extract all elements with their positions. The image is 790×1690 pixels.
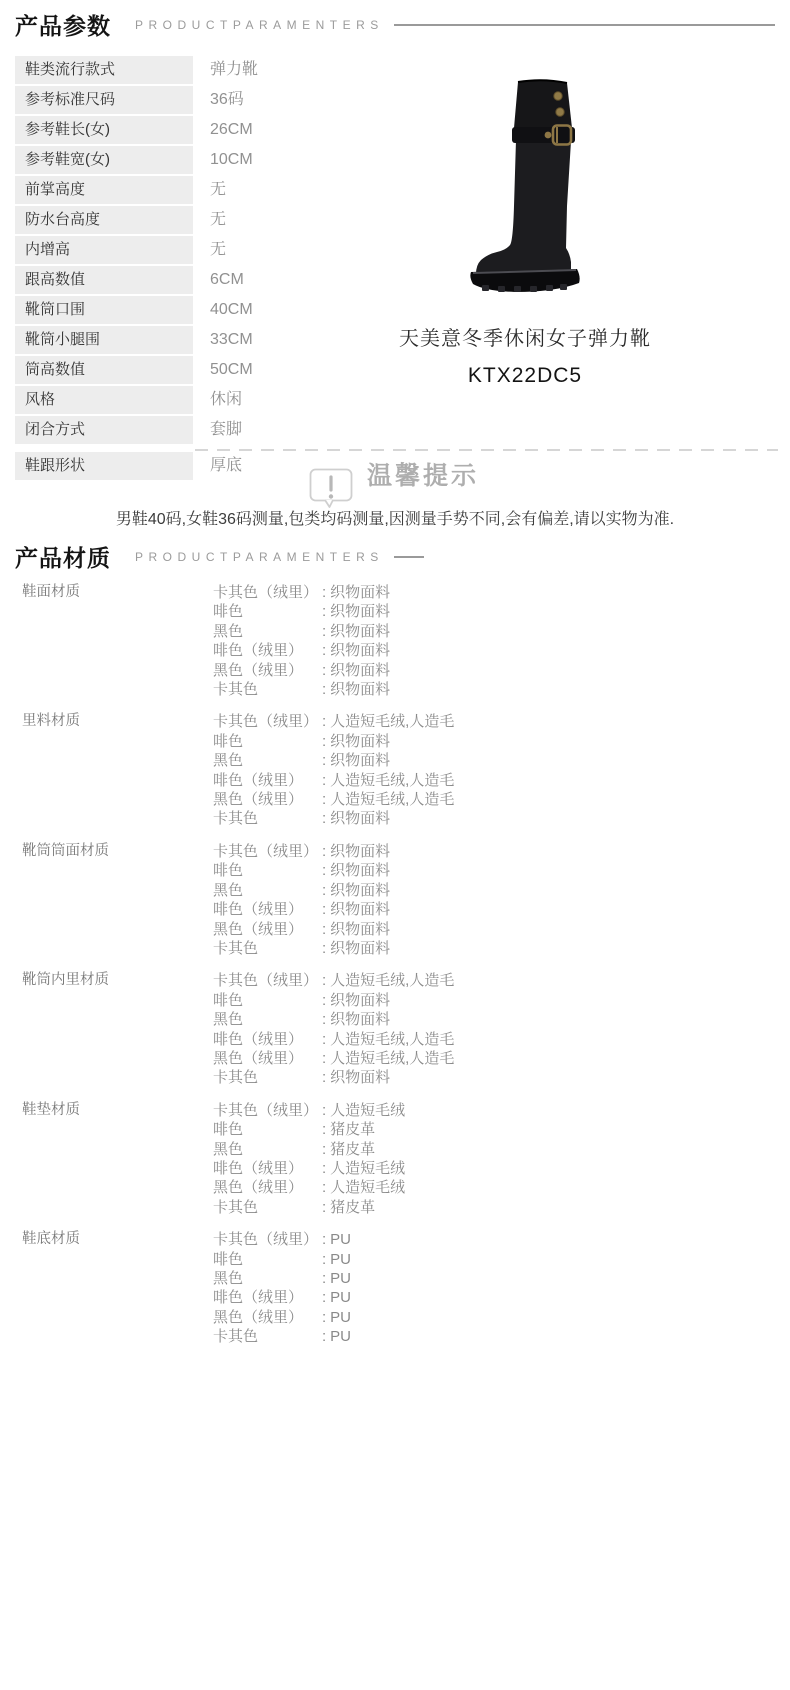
material-value: 人造短毛绒,人造毛 bbox=[330, 772, 454, 789]
material-row: 卡其色:猪皮革 bbox=[213, 1198, 775, 1217]
params-table: 鞋类流行款式 弹力靴 参考标准尺码 36码 参考鞋长(女) 26CM 参考鞋宽(… bbox=[15, 56, 390, 482]
param-value: 休闲 bbox=[210, 386, 242, 414]
material-rows: 卡其色（绒里）:人造短毛绒 啡色:猪皮革 黑色:猪皮革 啡色（绒里）:人造短毛绒 bbox=[213, 1101, 775, 1217]
param-value: 套脚 bbox=[210, 416, 242, 444]
materials-section-header: 产品材质 PRODUCTPARAMENTERS bbox=[15, 540, 775, 573]
material-color: 啡色 bbox=[213, 1120, 322, 1139]
material-separator: : bbox=[322, 1178, 326, 1197]
param-row: 参考鞋长(女) 26CM bbox=[15, 116, 390, 144]
material-separator: : bbox=[322, 622, 326, 641]
material-separator: : bbox=[322, 1230, 326, 1249]
material-rows: 卡其色（绒里）:人造短毛绒,人造毛 啡色:织物面料 黑色:织物面料 啡色（绒里）… bbox=[213, 971, 775, 1087]
material-color: 啡色（绒里） bbox=[213, 900, 322, 919]
material-row: 卡其色（绒里）:织物面料 bbox=[213, 583, 775, 602]
material-group-label: 靴筒内里材质 bbox=[15, 971, 213, 1087]
material-value: 织物面料 bbox=[330, 681, 390, 698]
material-row: 卡其色:PU bbox=[213, 1327, 775, 1346]
material-row: 啡色:织物面料 bbox=[213, 602, 775, 621]
material-value: 织物面料 bbox=[330, 662, 390, 679]
notice-text: 男鞋40码,女鞋36码测量,包类均码测量,因测量手势不同,会有偏差,请以实物为准… bbox=[0, 506, 790, 529]
param-value: 26CM bbox=[210, 116, 253, 144]
material-color: 卡其色（绒里） bbox=[213, 583, 322, 602]
param-row: 内增高 无 bbox=[15, 236, 390, 264]
param-value: 弹力靴 bbox=[210, 56, 258, 84]
material-color: 卡其色 bbox=[213, 939, 322, 958]
material-separator: : bbox=[322, 602, 326, 621]
material-rows: 卡其色（绒里）:织物面料 啡色:织物面料 黑色:织物面料 啡色（绒里）:织物面料 bbox=[213, 583, 775, 699]
material-separator: : bbox=[322, 1140, 326, 1159]
product-showcase: 天美意冬季休闲女子弹力靴 KTX22DC5 bbox=[385, 56, 665, 388]
material-separator: : bbox=[322, 1288, 326, 1307]
material-value: 织物面料 bbox=[330, 921, 390, 938]
material-row: 黑色（绒里）:人造短毛绒,人造毛 bbox=[213, 790, 775, 809]
material-value: PU bbox=[330, 1231, 351, 1248]
material-row: 黑色（绒里）:织物面料 bbox=[213, 661, 775, 680]
material-row: 啡色（绒里）:织物面料 bbox=[213, 641, 775, 660]
material-row: 卡其色（绒里）:PU bbox=[213, 1230, 775, 1249]
material-color: 啡色 bbox=[213, 1250, 322, 1269]
material-color: 卡其色（绒里） bbox=[213, 842, 322, 861]
param-value: 无 bbox=[210, 176, 226, 204]
exclamation-bubble-icon bbox=[308, 467, 354, 509]
param-value: 40CM bbox=[210, 296, 253, 324]
material-value: 人造短毛绒,人造毛 bbox=[330, 1050, 454, 1067]
param-value: 33CM bbox=[210, 326, 253, 354]
header-rule bbox=[394, 556, 424, 558]
material-separator: : bbox=[322, 939, 326, 958]
params-section-header: 产品参数 PRODUCTPARAMENTERS bbox=[15, 8, 775, 41]
material-color: 卡其色 bbox=[213, 680, 322, 699]
material-separator: : bbox=[322, 881, 326, 900]
material-color: 卡其色（绒里） bbox=[213, 1230, 322, 1249]
material-value: 猪皮革 bbox=[330, 1141, 375, 1158]
material-color: 黑色（绒里） bbox=[213, 920, 322, 939]
material-value: 织物面料 bbox=[330, 992, 390, 1009]
material-value: 织物面料 bbox=[330, 1069, 390, 1086]
material-value: 织物面料 bbox=[330, 603, 390, 620]
material-value: 织物面料 bbox=[330, 810, 390, 827]
material-separator: : bbox=[322, 1159, 326, 1178]
param-value: 36码 bbox=[210, 86, 244, 114]
param-value: 厚底 bbox=[210, 452, 242, 480]
material-row: 黑色:织物面料 bbox=[213, 751, 775, 770]
material-separator: : bbox=[322, 991, 326, 1010]
material-row: 黑色:织物面料 bbox=[213, 622, 775, 641]
material-separator: : bbox=[322, 751, 326, 770]
material-color: 黑色 bbox=[213, 1269, 322, 1288]
material-separator: : bbox=[322, 661, 326, 680]
material-color: 黑色（绒里） bbox=[213, 1178, 322, 1197]
param-value: 无 bbox=[210, 236, 226, 264]
material-value: PU bbox=[330, 1328, 351, 1345]
material-color: 啡色 bbox=[213, 861, 322, 880]
material-separator: : bbox=[322, 1327, 326, 1346]
notice-divider bbox=[195, 449, 778, 451]
material-color: 黑色（绒里） bbox=[213, 1049, 322, 1068]
material-group: 鞋垫材质 卡其色（绒里）:人造短毛绒 啡色:猪皮革 黑色:猪皮革 bbox=[15, 1101, 775, 1217]
material-value: 织物面料 bbox=[330, 882, 390, 899]
material-row: 啡色（绒里）:人造短毛绒,人造毛 bbox=[213, 1030, 775, 1049]
material-value: 织物面料 bbox=[330, 752, 390, 769]
material-value: 人造短毛绒 bbox=[330, 1160, 405, 1177]
material-color: 卡其色（绒里） bbox=[213, 971, 322, 990]
param-row: 闭合方式 套脚 bbox=[15, 416, 390, 444]
boot-product-image bbox=[440, 56, 610, 296]
material-color: 卡其色 bbox=[213, 1068, 322, 1087]
material-color: 啡色 bbox=[213, 991, 322, 1010]
material-group-label: 鞋垫材质 bbox=[15, 1101, 213, 1217]
material-value: 织物面料 bbox=[330, 901, 390, 918]
materials-list: 鞋面材质 卡其色（绒里）:织物面料 啡色:织物面料 黑色:织物面料 bbox=[15, 583, 775, 1360]
material-separator: : bbox=[322, 1101, 326, 1120]
material-row: 啡色:PU bbox=[213, 1250, 775, 1269]
param-row: 筒高数值 50CM bbox=[15, 356, 390, 384]
material-value: 织物面料 bbox=[330, 584, 390, 601]
header-rule bbox=[394, 24, 775, 26]
material-separator: : bbox=[322, 641, 326, 660]
material-rows: 卡其色（绒里）:人造短毛绒,人造毛 啡色:织物面料 黑色:织物面料 啡色（绒里）… bbox=[213, 712, 775, 828]
material-separator: : bbox=[322, 1049, 326, 1068]
param-row: 前掌高度 无 bbox=[15, 176, 390, 204]
material-value: PU bbox=[330, 1309, 351, 1326]
material-color: 卡其色 bbox=[213, 1327, 322, 1346]
material-rows: 卡其色（绒里）:织物面料 啡色:织物面料 黑色:织物面料 啡色（绒里）:织物面料 bbox=[213, 842, 775, 958]
material-color: 黑色 bbox=[213, 622, 322, 641]
product-name: 天美意冬季休闲女子弹力靴 bbox=[385, 322, 665, 351]
param-label: 闭合方式 bbox=[15, 416, 193, 444]
material-group-label: 鞋面材质 bbox=[15, 583, 213, 699]
material-row: 卡其色:织物面料 bbox=[213, 680, 775, 699]
param-row: 靴筒小腿围 33CM bbox=[15, 326, 390, 354]
material-row: 卡其色（绒里）:织物面料 bbox=[213, 842, 775, 861]
material-group: 鞋底材质 卡其色（绒里）:PU 啡色:PU 黑色:PU bbox=[15, 1230, 775, 1346]
param-label: 风格 bbox=[15, 386, 193, 414]
param-label: 靴筒小腿围 bbox=[15, 326, 193, 354]
param-row: 参考标准尺码 36码 bbox=[15, 86, 390, 114]
param-label: 靴筒口围 bbox=[15, 296, 193, 324]
material-color: 啡色（绒里） bbox=[213, 1288, 322, 1307]
material-group-label: 里料材质 bbox=[15, 712, 213, 828]
material-color: 啡色 bbox=[213, 732, 322, 751]
material-value: 织物面料 bbox=[330, 843, 390, 860]
material-color: 啡色（绒里） bbox=[213, 1030, 322, 1049]
material-row: 卡其色（绒里）:人造短毛绒,人造毛 bbox=[213, 971, 775, 990]
params-subtitle: PRODUCTPARAMENTERS bbox=[135, 18, 384, 32]
material-color: 卡其色（绒里） bbox=[213, 1101, 322, 1120]
material-separator: : bbox=[322, 861, 326, 880]
material-row: 黑色（绒里）:人造短毛绒,人造毛 bbox=[213, 1049, 775, 1068]
material-color: 黑色 bbox=[213, 881, 322, 900]
material-value: 织物面料 bbox=[330, 1011, 390, 1028]
param-label: 前掌高度 bbox=[15, 176, 193, 204]
material-value: 织物面料 bbox=[330, 733, 390, 750]
material-separator: : bbox=[322, 1068, 326, 1087]
material-separator: : bbox=[322, 1250, 326, 1269]
material-color: 卡其色 bbox=[213, 1198, 322, 1217]
material-value: 人造短毛绒,人造毛 bbox=[330, 791, 454, 808]
material-value: 猪皮革 bbox=[330, 1121, 375, 1138]
material-separator: : bbox=[322, 1198, 326, 1217]
material-color: 黑色 bbox=[213, 1140, 322, 1159]
material-row: 卡其色:织物面料 bbox=[213, 809, 775, 828]
material-value: 人造短毛绒 bbox=[330, 1102, 405, 1119]
material-value: 人造短毛绒 bbox=[330, 1179, 405, 1196]
material-separator: : bbox=[322, 900, 326, 919]
material-group: 里料材质 卡其色（绒里）:人造短毛绒,人造毛 啡色:织物面料 黑色:织物面料 bbox=[15, 712, 775, 828]
material-row: 啡色（绒里）:PU bbox=[213, 1288, 775, 1307]
param-label: 参考鞋长(女) bbox=[15, 116, 193, 144]
material-row: 啡色:织物面料 bbox=[213, 991, 775, 1010]
material-row: 卡其色:织物面料 bbox=[213, 939, 775, 958]
material-separator: : bbox=[322, 920, 326, 939]
material-separator: : bbox=[322, 732, 326, 751]
param-row: 跟高数值 6CM bbox=[15, 266, 390, 294]
param-label: 防水台高度 bbox=[15, 206, 193, 234]
param-value: 无 bbox=[210, 206, 226, 234]
material-row: 黑色:织物面料 bbox=[213, 1010, 775, 1029]
material-row: 啡色（绒里）:人造短毛绒,人造毛 bbox=[213, 771, 775, 790]
param-row: 防水台高度 无 bbox=[15, 206, 390, 234]
material-color: 黑色 bbox=[213, 1010, 322, 1029]
material-row: 卡其色:织物面料 bbox=[213, 1068, 775, 1087]
material-separator: : bbox=[322, 771, 326, 790]
material-separator: : bbox=[322, 790, 326, 809]
params-title: 产品参数 bbox=[15, 8, 111, 41]
param-label: 参考标准尺码 bbox=[15, 86, 193, 114]
material-color: 啡色（绒里） bbox=[213, 771, 322, 790]
material-row: 黑色（绒里）:PU bbox=[213, 1308, 775, 1327]
param-value: 6CM bbox=[210, 266, 244, 294]
material-color: 啡色（绒里） bbox=[213, 1159, 322, 1178]
materials-title: 产品材质 bbox=[15, 540, 111, 573]
product-detail-page: 产品参数 PRODUCTPARAMENTERS 鞋类流行款式 弹力靴 参考标准尺… bbox=[0, 0, 790, 1690]
param-label: 参考鞋宽(女) bbox=[15, 146, 193, 174]
param-row: 参考鞋宽(女) 10CM bbox=[15, 146, 390, 174]
materials-subtitle: PRODUCTPARAMENTERS bbox=[135, 550, 384, 564]
param-label: 鞋跟形状 bbox=[15, 452, 193, 480]
param-label: 筒高数值 bbox=[15, 356, 193, 384]
material-separator: : bbox=[322, 583, 326, 602]
material-value: PU bbox=[330, 1289, 351, 1306]
material-color: 啡色（绒里） bbox=[213, 641, 322, 660]
material-separator: : bbox=[322, 1120, 326, 1139]
material-color: 黑色（绒里） bbox=[213, 790, 322, 809]
param-row: 靴筒口围 40CM bbox=[15, 296, 390, 324]
material-row: 黑色:织物面料 bbox=[213, 881, 775, 900]
material-separator: : bbox=[322, 1030, 326, 1049]
material-color: 啡色 bbox=[213, 602, 322, 621]
material-value: 织物面料 bbox=[330, 642, 390, 659]
material-value: 织物面料 bbox=[330, 940, 390, 957]
param-row: 鞋类流行款式 弹力靴 bbox=[15, 56, 390, 84]
material-color: 黑色（绒里） bbox=[213, 661, 322, 680]
material-value: 人造短毛绒,人造毛 bbox=[330, 713, 454, 730]
material-color: 卡其色 bbox=[213, 809, 322, 828]
material-separator: : bbox=[322, 842, 326, 861]
material-row: 啡色（绒里）:织物面料 bbox=[213, 900, 775, 919]
material-group: 靴筒筒面材质 卡其色（绒里）:织物面料 啡色:织物面料 黑色:织物面料 bbox=[15, 842, 775, 958]
material-value: 织物面料 bbox=[330, 862, 390, 879]
material-rows: 卡其色（绒里）:PU 啡色:PU 黑色:PU 啡色（绒里）:PU bbox=[213, 1230, 775, 1346]
material-separator: : bbox=[322, 712, 326, 731]
material-row: 黑色:猪皮革 bbox=[213, 1140, 775, 1159]
param-label: 跟高数值 bbox=[15, 266, 193, 294]
param-label: 内增高 bbox=[15, 236, 193, 264]
material-color: 黑色 bbox=[213, 751, 322, 770]
material-separator: : bbox=[322, 809, 326, 828]
material-row: 啡色:织物面料 bbox=[213, 732, 775, 751]
material-group: 鞋面材质 卡其色（绒里）:织物面料 啡色:织物面料 黑色:织物面料 bbox=[15, 583, 775, 699]
notice-header: 温馨提示 bbox=[308, 456, 479, 509]
material-value: 织物面料 bbox=[330, 623, 390, 640]
material-row: 啡色:猪皮革 bbox=[213, 1120, 775, 1139]
param-value: 10CM bbox=[210, 146, 253, 174]
material-group: 靴筒内里材质 卡其色（绒里）:人造短毛绒,人造毛 啡色:织物面料 黑色:织物面料 bbox=[15, 971, 775, 1087]
material-separator: : bbox=[322, 1269, 326, 1288]
material-row: 黑色（绒里）:人造短毛绒 bbox=[213, 1178, 775, 1197]
material-separator: : bbox=[322, 680, 326, 699]
material-value: 人造短毛绒,人造毛 bbox=[330, 1031, 454, 1048]
product-model: KTX22DC5 bbox=[385, 364, 665, 388]
material-row: 啡色:织物面料 bbox=[213, 861, 775, 880]
material-row: 卡其色（绒里）:人造短毛绒,人造毛 bbox=[213, 712, 775, 731]
material-value: 人造短毛绒,人造毛 bbox=[330, 972, 454, 989]
material-row: 啡色（绒里）:人造短毛绒 bbox=[213, 1159, 775, 1178]
material-value: PU bbox=[330, 1251, 351, 1268]
material-color: 卡其色（绒里） bbox=[213, 712, 322, 731]
material-separator: : bbox=[322, 1010, 326, 1029]
material-group-label: 鞋底材质 bbox=[15, 1230, 213, 1346]
material-group-label: 靴筒筒面材质 bbox=[15, 842, 213, 958]
material-color: 黑色（绒里） bbox=[213, 1308, 322, 1327]
material-row: 卡其色（绒里）:人造短毛绒 bbox=[213, 1101, 775, 1120]
material-row: 黑色（绒里）:织物面料 bbox=[213, 920, 775, 939]
param-label: 鞋类流行款式 bbox=[15, 56, 193, 84]
material-value: 猪皮革 bbox=[330, 1199, 375, 1216]
param-value: 50CM bbox=[210, 356, 253, 384]
notice-title: 温馨提示 bbox=[367, 456, 479, 492]
material-value: PU bbox=[330, 1270, 351, 1287]
param-row: 风格 休闲 bbox=[15, 386, 390, 414]
material-separator: : bbox=[322, 1308, 326, 1327]
material-row: 黑色:PU bbox=[213, 1269, 775, 1288]
material-separator: : bbox=[322, 971, 326, 990]
